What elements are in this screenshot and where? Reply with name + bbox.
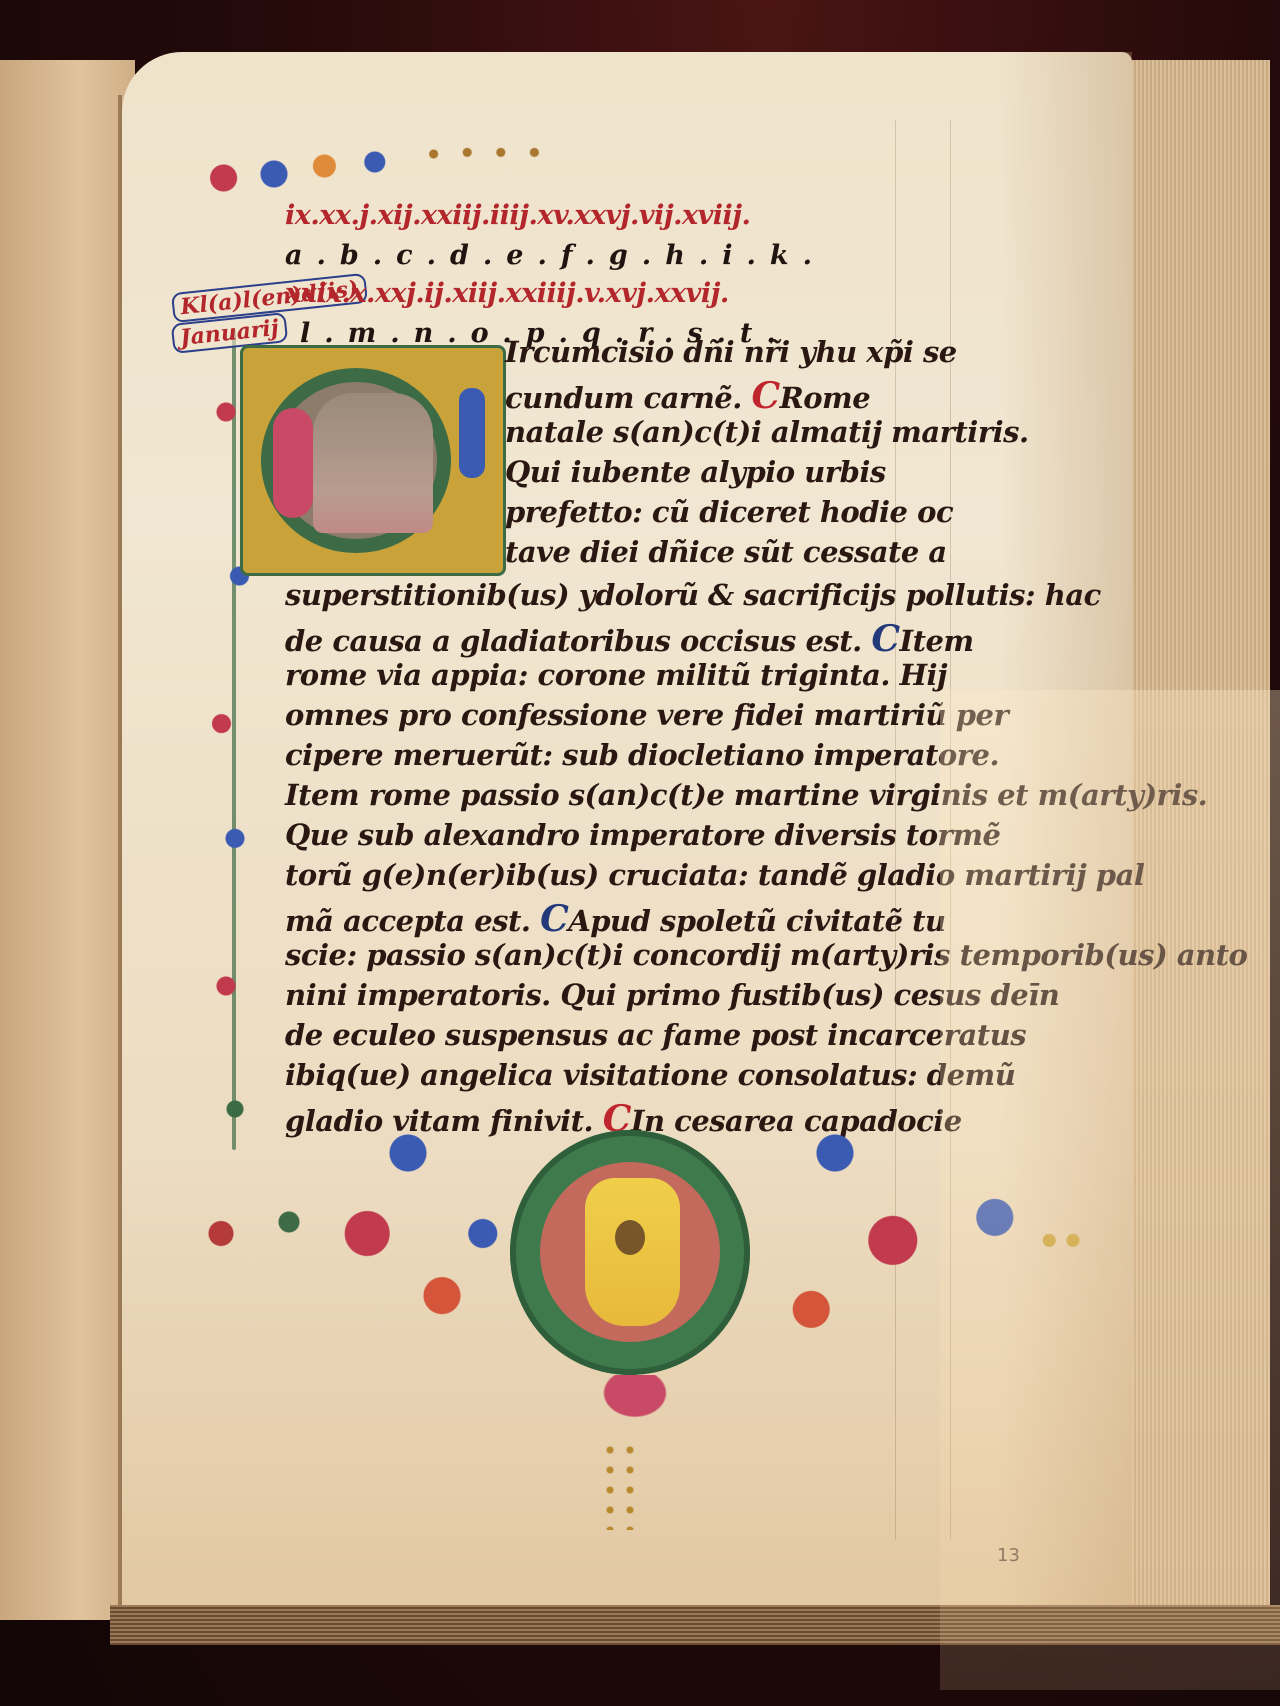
top-floral-flourish [190,130,610,210]
blue-paragraph-mark: C [871,618,899,660]
text-line: natale s(an)c(t)i almatij martiris. [505,415,1029,449]
text-line: cipere meruerũt: sub diocletiano imperat… [285,738,999,772]
text-span: Item [900,624,974,658]
rubric-paragraph-mark: C [751,375,779,417]
text-span: Apud spoletũ civitatẽ tu [568,904,945,938]
text-span: mã accepta est. [285,904,530,938]
page-number: 13 [997,1545,1020,1566]
book-gutter [118,95,122,1615]
calendar-red-row-1: ix.xx.j.xij.xxiij.iiij.xv.xxvj.vij.xviij… [285,200,750,231]
calendar-letters-row-1: a.b.c.d.e.f.g.h.i.k. [285,240,826,271]
text-line: Ircumcisio dñi nr̃i yhu xp̃i se [505,335,957,369]
text-line: Que sub alexandro imperatore diversis to… [285,818,1000,852]
text-line: de eculeo suspensus ac fame post incarce… [285,1018,1026,1052]
initial-blue-leaf [459,388,485,478]
text-line: Qui iubente alypio urbis [505,455,886,489]
left-page-edge [0,60,135,1620]
text-line: cundum carnẽ. CRome [505,375,870,417]
light-reflection [940,690,1280,1690]
text-line: prefetto: cũ diceret hodie oc [505,495,953,529]
initial-red-stroke [273,408,313,518]
initial-altar-scene [313,393,433,533]
blue-paragraph-mark: C [540,898,568,940]
text-span: de causa a gladiatoribus occisus est. [285,624,862,658]
calendar-red-row-2: xxix.x.xxj.ij.xiij.xxiiij.v.xvj.xxvij. [285,278,729,309]
text-line: omnes pro confessione vere fidei martiri… [285,698,1008,732]
text-span: cundum carnẽ. [505,381,742,415]
gold-dot-trail [600,1440,640,1530]
bottom-red-flower [580,1375,690,1435]
historiated-initial [240,345,506,576]
text-span: Rome [780,381,871,415]
text-line: rome via appia: corone militũ triginta. … [285,658,947,692]
text-line: mã accepta est. CApud spoletũ civitatẽ t… [285,898,946,940]
text-line: ibiq(ue) angelica visitatione consolatus… [285,1058,1015,1092]
text-line: tave diei dñice sũt cessate a [505,535,947,569]
bottom-floral-flourish-left [170,1130,510,1360]
shield-stain [615,1220,645,1255]
text-line: superstitionib(us) ydolorũ & sacrificijs… [285,578,1101,612]
text-line: de causa a gladiatoribus occisus est. CI… [285,618,974,660]
